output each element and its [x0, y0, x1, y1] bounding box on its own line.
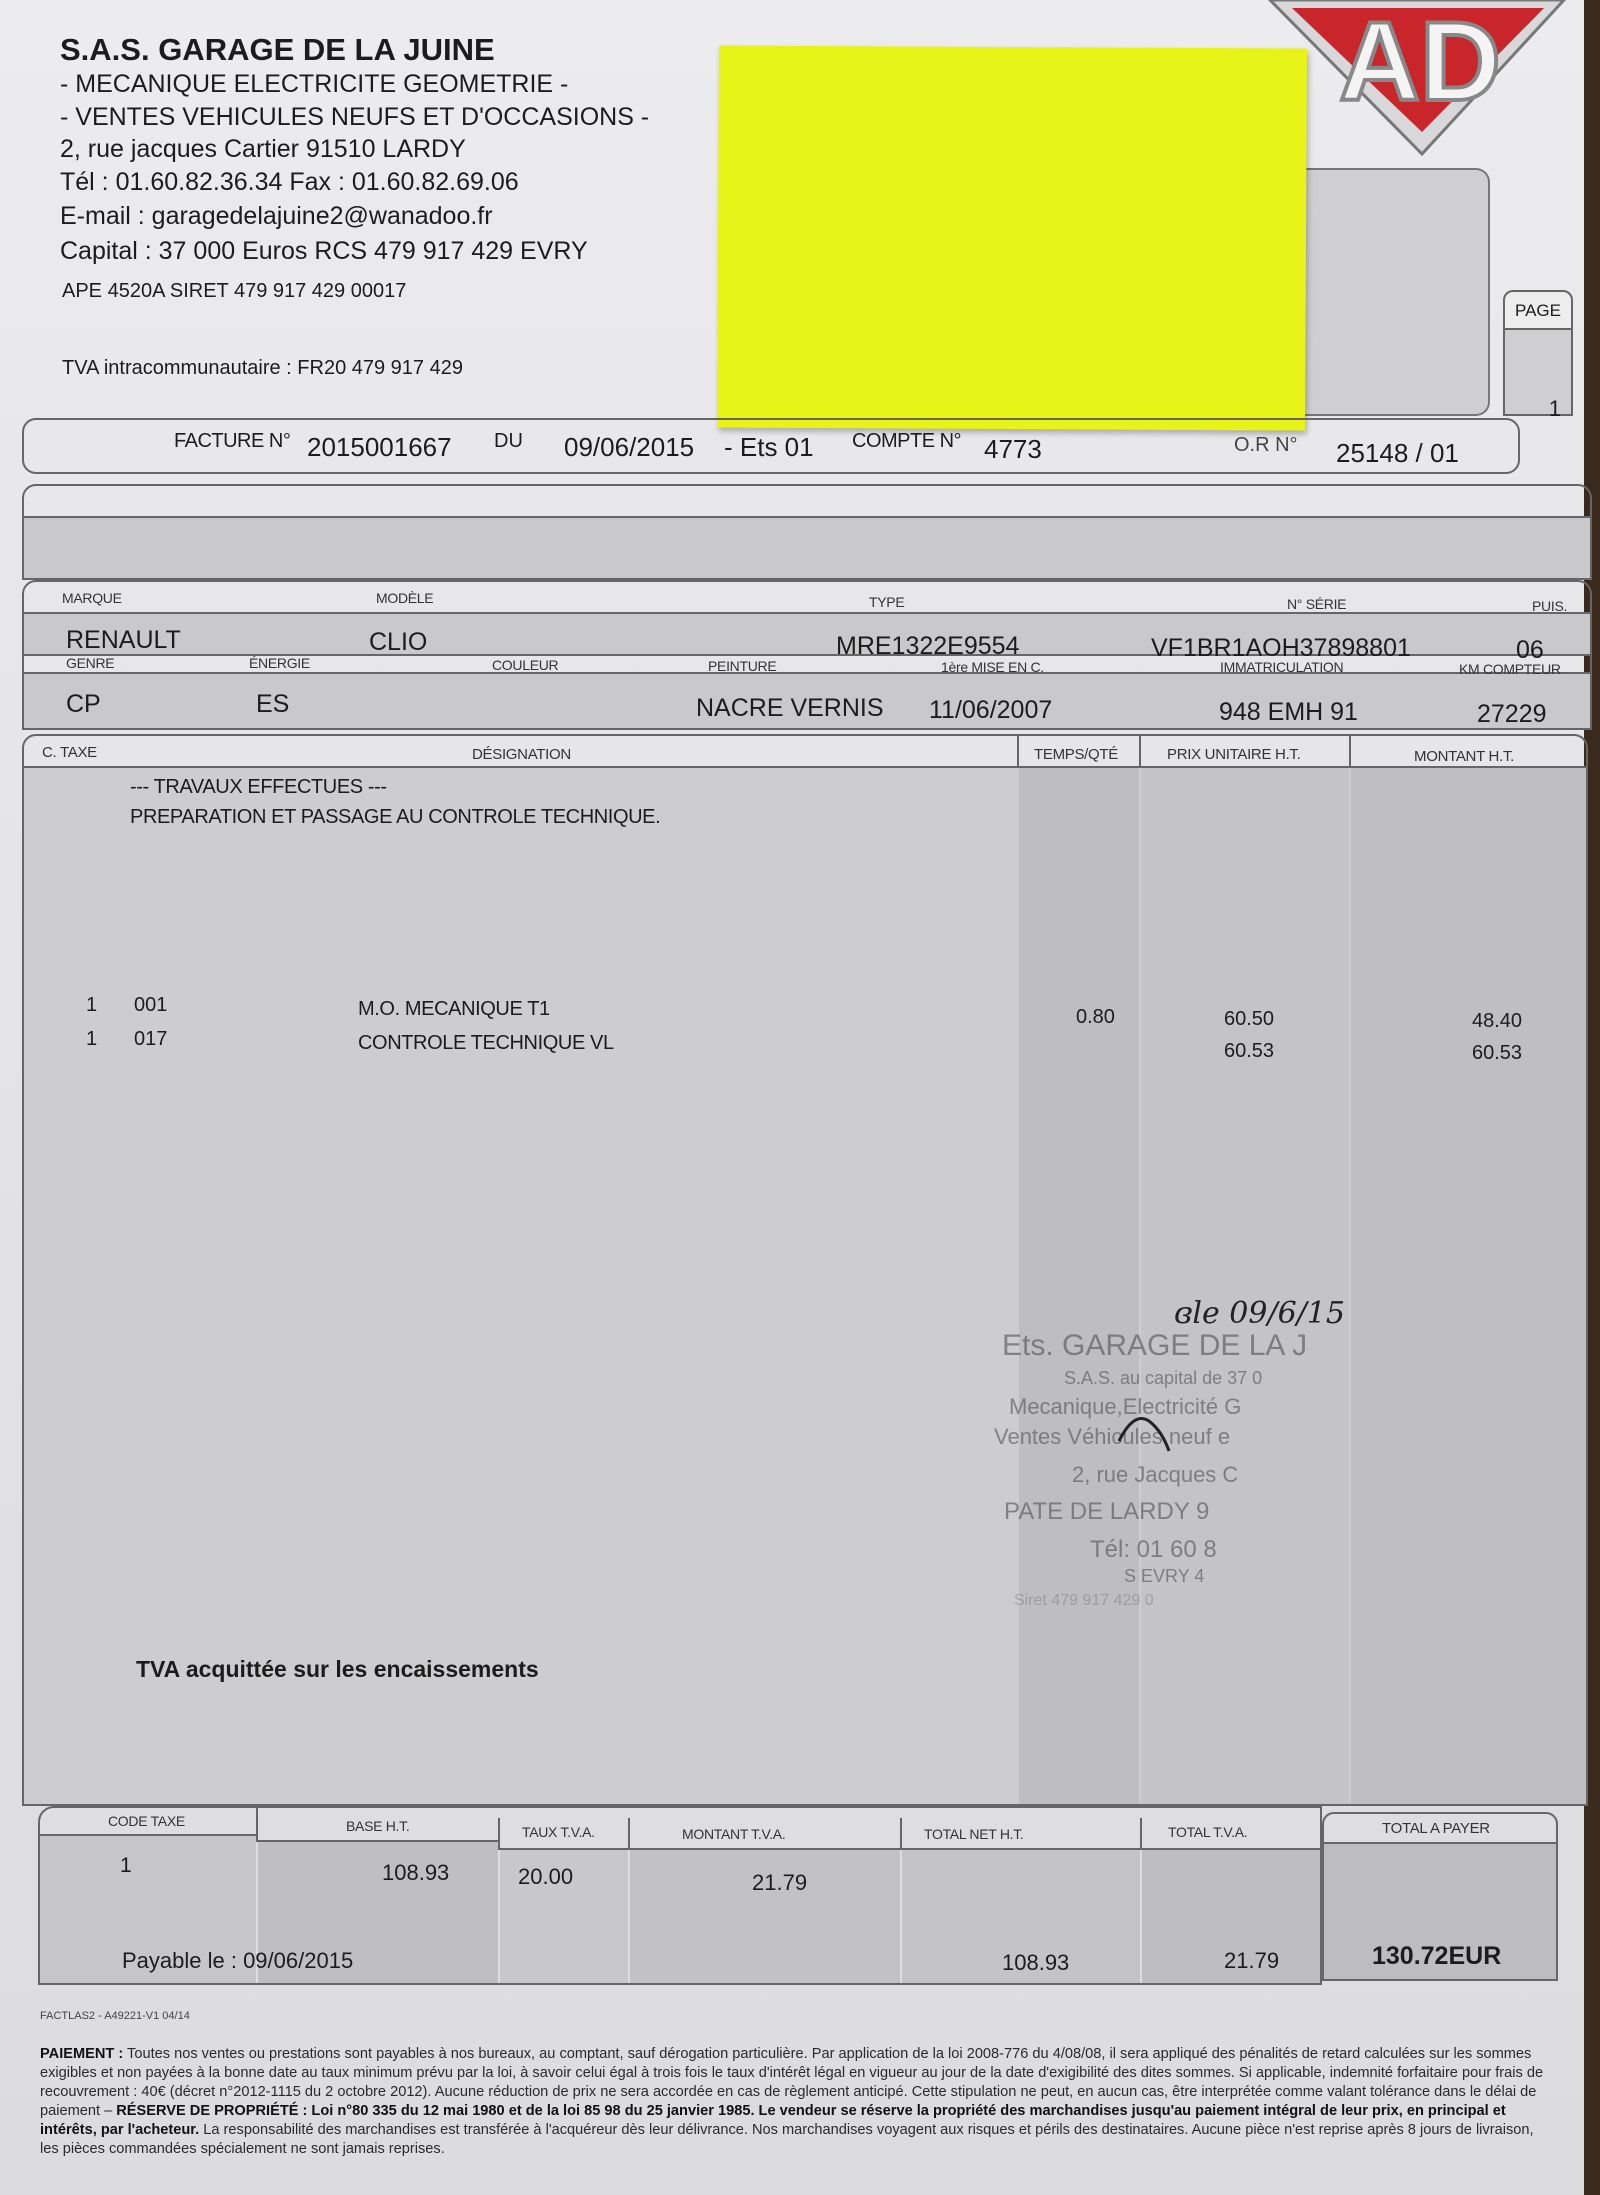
vehicle-energie: ES [256, 690, 289, 719]
invoice-du-label: DU [494, 430, 523, 453]
sticky-note [717, 45, 1307, 430]
label-genre: GENRE [66, 655, 114, 671]
ad-logo-icon: AD [1262, 0, 1572, 162]
total-a-payer: 130.72EUR [1372, 1942, 1501, 1971]
note-preparation: PREPARATION ET PASSAGE AU CONTROLE TECHN… [130, 806, 660, 829]
row-ctaxe: 1 [86, 1028, 97, 1051]
header-total-net: TOTAL NET H.T. [924, 1826, 1024, 1842]
stamp-line: S EVRY 4 [1124, 1566, 1204, 1587]
label-peinture: PEINTURE [708, 658, 776, 674]
row-montant: 48.40 [1472, 1010, 1522, 1033]
vehicle-mise-en-c: 11/06/2007 [929, 696, 1052, 725]
header-designation: DÉSIGNATION [472, 746, 571, 763]
company-email: E-mail : garagedelajuine2@wanadoo.fr [60, 202, 493, 231]
legal-responsabilite: La responsabilité des marchandises est t… [40, 2122, 1534, 2157]
header-taux-tva: TAUX T.V.A. [522, 1824, 595, 1840]
base-ht: 108.93 [382, 1860, 449, 1886]
tax-summary: CODE TAXE BASE H.T. TAUX T.V.A. MONTANT … [38, 1806, 1322, 1985]
vehicle-genre: CP [66, 690, 101, 719]
stamp-line: Ets. GARAGE DE LA J [1002, 1329, 1307, 1363]
label-km: KM COMPTEUR [1459, 661, 1561, 677]
header-ctaxe: C. TAXE [42, 744, 97, 761]
svg-text:AD: AD [1339, 0, 1501, 124]
header-montant: MONTANT H.T. [1414, 748, 1514, 765]
form-reference: FACTLAS2 - A49221-V1 04/14 [40, 2010, 190, 2022]
row-code: 001 [134, 994, 167, 1017]
row-temps: 0.80 [1076, 1006, 1115, 1029]
label-immat: IMMATRICULATION [1220, 659, 1343, 675]
invoice-page: S.A.S. GARAGE DE LA JUINE - MECANIQUE EL… [0, 0, 1584, 2195]
signature-icon [1114, 1406, 1184, 1456]
vehicle-type: MRE1322E9554 [836, 632, 1019, 661]
header-total-tva: TOTAL T.V.A. [1168, 1824, 1247, 1840]
header-a-payer: TOTAL A PAYER [1382, 1820, 1490, 1837]
stamp-line: 2, rue Jacques C [1072, 1462, 1238, 1488]
company-tva-intra: TVA intracommunautaire : FR20 479 917 42… [62, 357, 463, 380]
company-phone-fax: Tél : 01.60.82.36.34 Fax : 01.60.82.69.0… [60, 168, 519, 197]
header-base-ht: BASE H.T. [346, 1818, 409, 1834]
address-window [1300, 168, 1490, 416]
total-tva: 21.79 [1224, 1948, 1279, 1974]
label-energie: ÉNERGIE [249, 655, 310, 671]
row-pu: 60.50 [1224, 1008, 1274, 1031]
invoice-ets: - Ets 01 [724, 432, 814, 463]
header-pu: PRIX UNITAIRE H.T. [1167, 746, 1301, 763]
page-box: PAGE 1 [1503, 290, 1573, 416]
row-pu: 60.53 [1224, 1040, 1274, 1063]
label-serie: N° SÉRIE [1287, 596, 1346, 612]
company-ape-siret: APE 4520A SIRET 479 917 429 00017 [62, 280, 406, 303]
stamp-line: Ventes Véhicules neuf e [994, 1424, 1230, 1450]
invoice-date: 09/06/2015 [564, 432, 694, 463]
company-capital: Capital : 37 000 Euros RCS 479 917 429 E… [60, 237, 588, 266]
label-mise-en-c: 1ère MISE EN C. [941, 659, 1044, 675]
header-temps: TEMPS/QTÉ [1034, 746, 1118, 763]
total-a-payer-box: TOTAL A PAYER 130.72EUR [1322, 1812, 1558, 1981]
label-couleur: COULEUR [492, 657, 558, 673]
company-activity-1: - MECANIQUE ELECTRICITE GEOMETRIE - [60, 70, 568, 99]
taux-tva: 20.00 [518, 1864, 573, 1890]
row-code: 017 [134, 1028, 167, 1051]
items-table: C. TAXE DÉSIGNATION TEMPS/QTÉ PRIX UNITA… [22, 734, 1588, 1806]
or-number: 25148 / 01 [1336, 438, 1459, 469]
total-net-ht: 108.93 [1002, 1950, 1069, 1976]
vehicle-peinture: NACRE VERNIS [696, 694, 884, 723]
or-label: O.R N° [1234, 434, 1298, 457]
legal-paiement-label: PAIEMENT : [40, 2046, 123, 2062]
header-code-taxe: CODE TAXE [108, 1813, 185, 1829]
label-type: TYPE [869, 594, 904, 610]
page-label: PAGE [1505, 292, 1571, 330]
company-name: S.A.S. GARAGE DE LA JUINE [60, 32, 495, 68]
company-address: 2, rue jacques Cartier 91510 LARDY [60, 135, 466, 164]
invoice-header-row: FACTURE N° 2015001667 DU 09/06/2015 - Et… [22, 418, 1520, 474]
stamp-line: S.A.S. au capital de 37 0 [1064, 1368, 1262, 1389]
tax-code: 1 [120, 1854, 132, 1878]
blank-box [22, 484, 1592, 580]
handwritten-note: ɞle 09/6/15 [1174, 1296, 1345, 1331]
row-ctaxe: 1 [86, 994, 97, 1017]
invoice-number-label: FACTURE N° [174, 430, 290, 453]
montant-tva: 21.79 [752, 1870, 807, 1896]
header-montant-tva: MONTANT T.V.A. [682, 1826, 785, 1842]
stamp-line: Tél: 01 60 8 [1090, 1536, 1217, 1564]
company-activity-2: - VENTES VEHICULES NEUFS ET D'OCCASIONS … [60, 103, 649, 132]
stamp-line: Siret 479 917 429 0 [1014, 1592, 1154, 1610]
row-montant: 60.53 [1472, 1042, 1522, 1065]
tva-note: TVA acquittée sur les encaissements [136, 1656, 539, 1683]
label-modele: MODÈLE [376, 590, 433, 606]
stamp-line: PATE DE LARDY 9 [1004, 1498, 1209, 1526]
compte-label: COMPTE N° [852, 430, 961, 453]
row-designation: M.O. MECANIQUE T1 [358, 998, 550, 1021]
vehicle-km: 27229 [1477, 700, 1547, 729]
label-puis: PUIS. [1532, 598, 1567, 614]
vehicle-block: MARQUE MODÈLE TYPE N° SÉRIE PUIS. RENAUL… [22, 580, 1592, 730]
payable-date: Payable le : 09/06/2015 [122, 1948, 353, 1974]
legal-terms: PAIEMENT : Toutes nos ventes ou prestati… [40, 2045, 1555, 2159]
vehicle-immat: 948 EMH 91 [1219, 698, 1358, 727]
compte-number: 4773 [984, 434, 1042, 465]
row-designation: CONTROLE TECHNIQUE VL [358, 1032, 614, 1055]
vehicle-marque: RENAULT [66, 626, 181, 655]
vehicle-modele: CLIO [369, 628, 427, 657]
page-number: 1 [1549, 396, 1561, 422]
label-marque: MARQUE [62, 590, 122, 606]
invoice-number: 2015001667 [307, 432, 452, 463]
note-travaux: --- TRAVAUX EFFECTUES --- [130, 776, 387, 799]
